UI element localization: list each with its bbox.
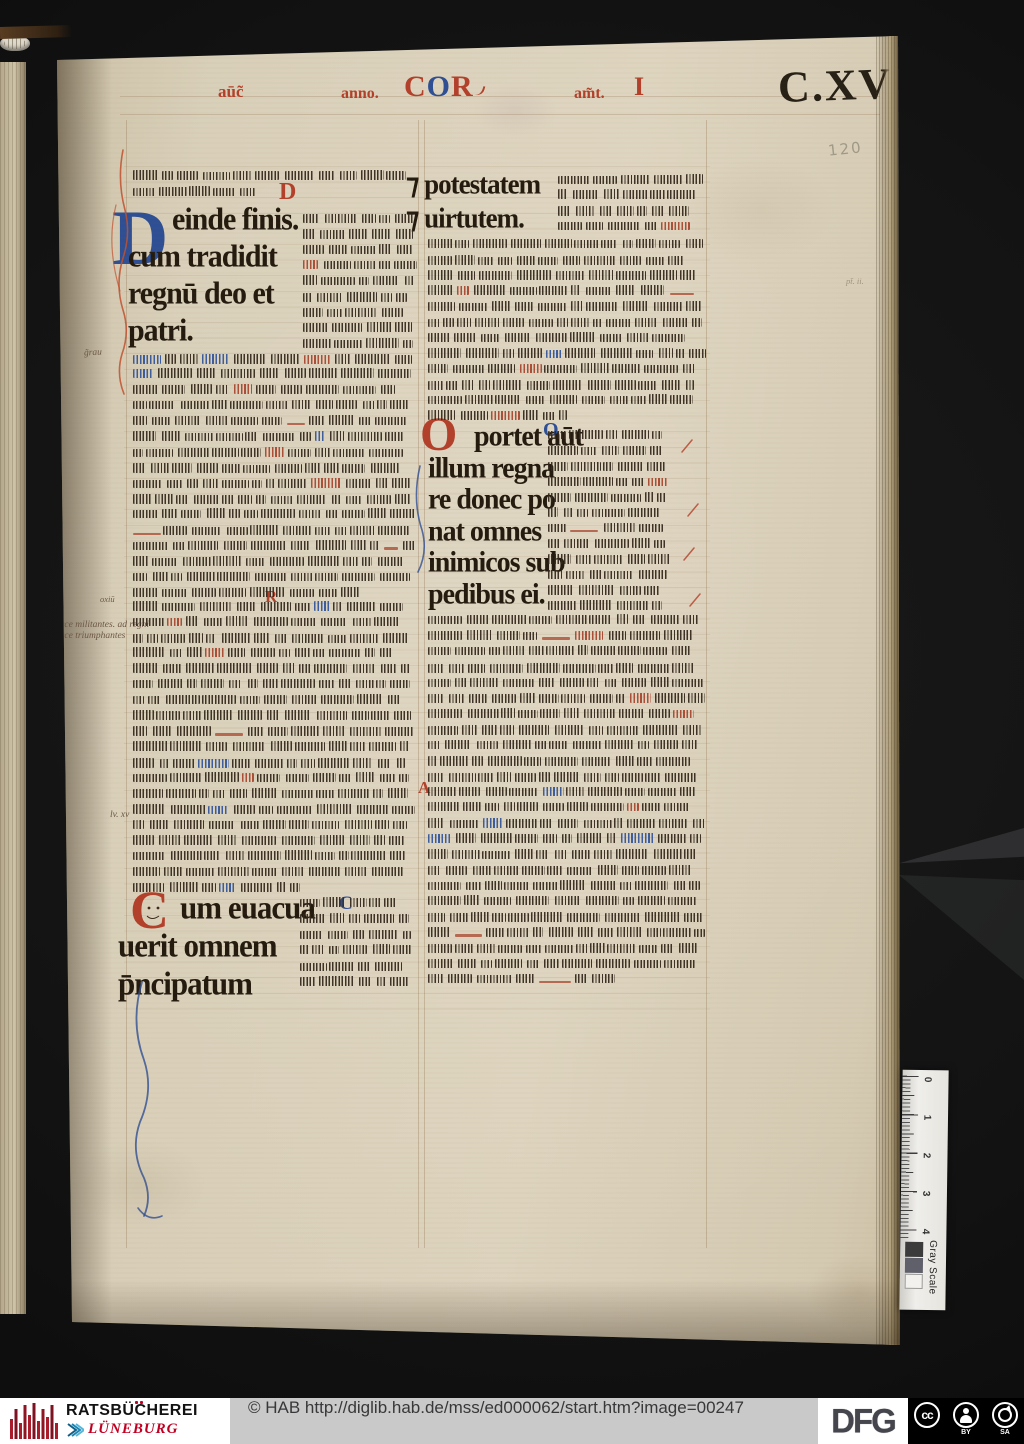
person-icon-body bbox=[960, 1415, 972, 1423]
ruler-ticks bbox=[900, 1076, 922, 1239]
library-logo-bars-icon bbox=[10, 1403, 62, 1439]
ruler-tick-label: 4 bbox=[920, 1229, 931, 1235]
cc-sa-label: SA bbox=[1000, 1429, 1010, 1437]
attribution-strip: © HAB http://diglib.hab.de/mss/ed000062/… bbox=[230, 1398, 818, 1444]
grayscale-ruler: 0 1 2 3 4 Gray Scale bbox=[899, 1070, 948, 1311]
book-chevron-icon bbox=[66, 1422, 84, 1438]
book-cover-edge bbox=[0, 25, 72, 39]
page-holding-strap bbox=[899, 828, 1024, 892]
cc-icon-text: cc bbox=[921, 1409, 932, 1421]
gray-patch-dark bbox=[905, 1242, 923, 1257]
gray-patch-light bbox=[905, 1274, 923, 1289]
digitized-manuscript-photo: aūc̃ anno. COR am̃t. I C.XV 120 D einde … bbox=[0, 0, 1024, 1444]
attribution-text: © HAB http://diglib.hab.de/mss/ed000062/… bbox=[230, 1398, 818, 1418]
ruler-tick-label: 3 bbox=[920, 1191, 931, 1197]
ruler-tick-label: 2 bbox=[921, 1153, 932, 1159]
umlaut-accent bbox=[135, 1401, 143, 1404]
ruler-tick-label: 1 bbox=[921, 1115, 932, 1121]
manuscript-page: aūc̃ anno. COR am̃t. I C.XV 120 D einde … bbox=[0, 0, 1024, 1444]
library-city: LÜNEBURG bbox=[88, 1421, 179, 1438]
page-fore-edge bbox=[876, 30, 902, 1350]
dfg-logo: DFG bbox=[818, 1398, 908, 1444]
library-name: RATSBÜCHEREI bbox=[66, 1402, 198, 1420]
ruler-caption: Gray Scale bbox=[927, 1240, 939, 1295]
ruler-tick-label: 0 bbox=[922, 1077, 933, 1083]
dfg-logo-text: DFG bbox=[831, 1401, 895, 1441]
cc-by-icon: BY bbox=[951, 1402, 981, 1437]
page-bottom-shadow bbox=[60, 1280, 910, 1346]
library-logo-text: RATSBÜCHEREI LÜNEBURG bbox=[66, 1402, 198, 1438]
cc-sa-icon: SA bbox=[990, 1402, 1020, 1437]
footer-bar: RATSBÜCHEREI LÜNEBURG © HAB http://digli… bbox=[0, 1398, 1024, 1444]
page-holding-strap bbox=[899, 852, 1024, 980]
book-gutter-folios bbox=[0, 62, 26, 1314]
cc-license-badge: cc BY SA bbox=[908, 1398, 1024, 1444]
library-name-text: RATSBÜCHEREI bbox=[66, 1402, 198, 1419]
cc-by-label: BY bbox=[961, 1429, 971, 1437]
cc-icon: cc bbox=[912, 1402, 942, 1437]
pen-flourishes bbox=[0, 0, 1024, 1444]
person-icon bbox=[963, 1408, 969, 1414]
share-alike-arrow-icon bbox=[998, 1408, 1012, 1422]
gray-patch-mid bbox=[905, 1258, 923, 1273]
library-logo-panel: RATSBÜCHEREI LÜNEBURG bbox=[0, 1398, 230, 1444]
